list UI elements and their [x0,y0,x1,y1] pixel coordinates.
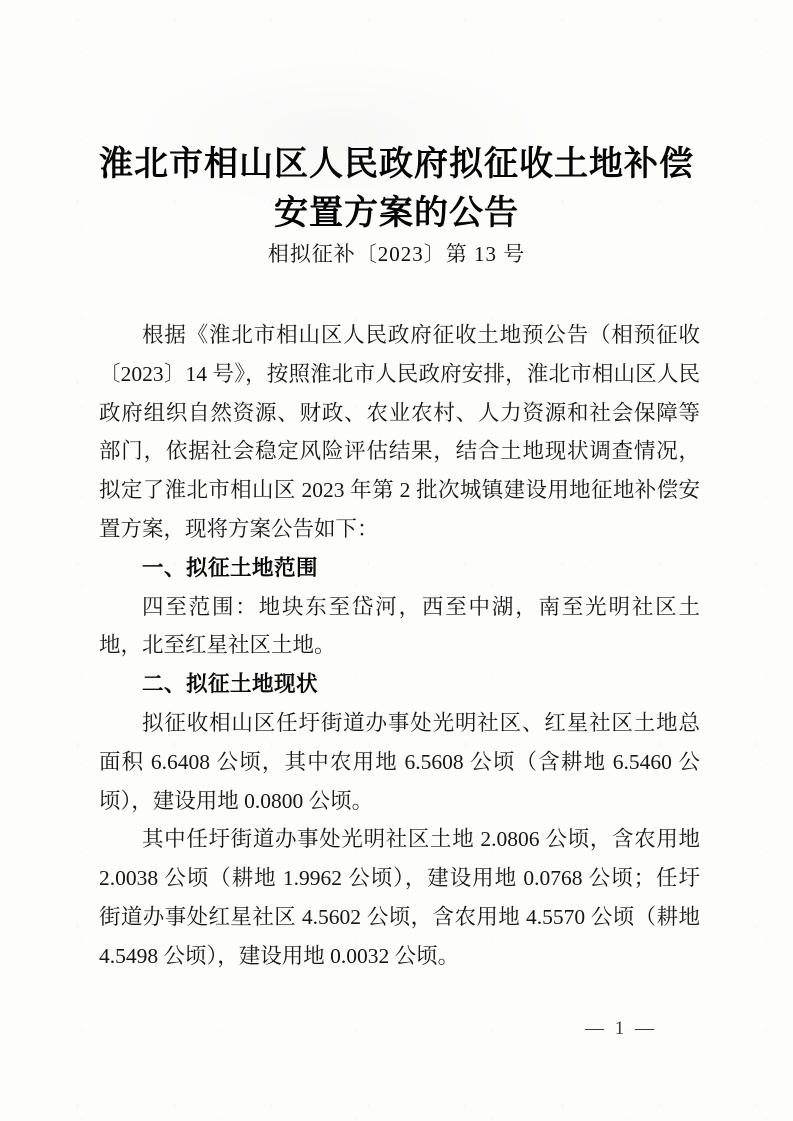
section-heading: 二、拟征土地现状 [99,665,700,704]
page-number: — 1 — [585,1017,657,1041]
body-paragraph: 拟征收相山区任圩街道办事处光明社区、红星社区土地总面积 6.6408 公顷，其中… [99,704,700,820]
document-body: 根据《淮北市相山区人民政府征收土地预公告（相预征收〔2023〕14 号》，按照淮… [99,316,700,976]
body-paragraph: 根据《淮北市相山区人民政府征收土地预公告（相预征收〔2023〕14 号》，按照淮… [99,316,700,549]
document-title: 淮北市相山区人民政府拟征收土地补偿 安置方案的公告 [0,140,793,238]
scanned-document-page: 淮北市相山区人民政府拟征收土地补偿 安置方案的公告 相拟征补〔2023〕第 13… [0,0,793,1121]
body-paragraph: 四至范围：地块东至岱河，西至中湖，南至光明社区土地，北至红星社区土地。 [99,588,700,666]
document-title-line1: 淮北市相山区人民政府拟征收土地补偿 [0,140,793,189]
body-paragraph: 其中任圩街道办事处光明社区土地 2.0806 公顷，含农用地 2.0038 公顷… [99,820,700,975]
document-title-line2: 安置方案的公告 [0,189,793,238]
section-heading: 一、拟征土地范围 [99,549,700,588]
document-number: 相拟征补〔2023〕第 13 号 [0,239,793,269]
